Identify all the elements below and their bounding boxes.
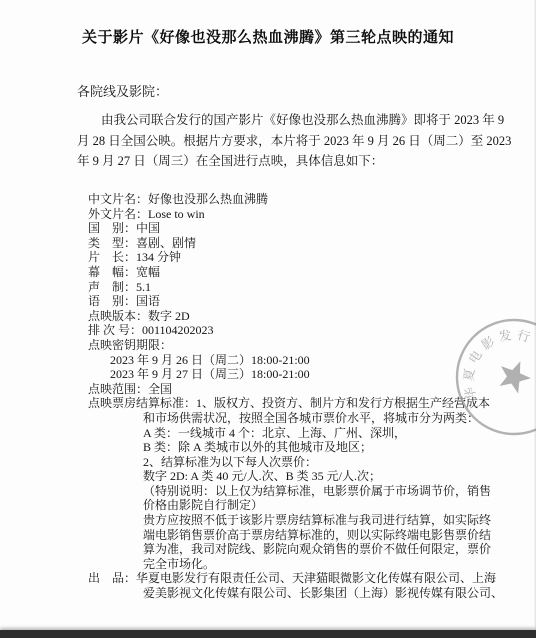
document-line: 国 别：中国 [88, 221, 503, 236]
document-line: 端电影销售票价高于票房结算标准的，则以实际终端电影售票价结 [143, 528, 503, 543]
document-line: 完全市场化。 [143, 557, 503, 572]
document-line: 2023 年 9 月 26 日（周二）18:00-21:00 [110, 353, 503, 368]
document-line: 点映票房结算标准：1、版权方、投资方、制片方和发行方根据生产经营成本 [88, 396, 503, 411]
document-line: 幕 幅：宽幅 [88, 265, 503, 280]
document-line: 价格由影院自行制定） [143, 498, 503, 513]
film-details-block: 中文片名：好像也没那么热血沸腾外文片名：Lose to win国 别：中国类 型… [77, 192, 503, 601]
document-line: 算为准，我司对院线、影院向观众销售的票价不做任何限定，票价 [143, 542, 503, 557]
scan-artifact-bar [0, 630, 536, 638]
document-line: 爱美影视文化传媒有限公司、长影集团（上海）影视传媒有限公司、 [143, 586, 503, 601]
document-line: 类 型：喜剧、剧情 [88, 236, 503, 251]
salutation: 各院线及影院： [77, 81, 168, 100]
document-line: 2、结算标准为以下每人次票价： [143, 455, 503, 470]
document-line: B 类：除 A 类城市以外的其他城市及地区； [143, 440, 503, 455]
document-line: 出 品：华夏电影发行有限责任公司、天津猫眼微影文化传媒有限公司、上海 [88, 571, 503, 586]
document-line: 月 28 日全国公映。根据片方要求，本片将于 2023 年 9 月 26 日（周… [77, 131, 476, 152]
document-line: 点映范围：全国 [88, 382, 503, 397]
document-line: 外文片名：Lose to win [88, 207, 503, 222]
document-line: 年 9 月 27 日（周三）在全国进行点映，具体信息如下： [77, 151, 476, 172]
document-line: 语 别：国语 [88, 294, 503, 309]
scanned-document-page: 关于影片《好像也没那么热血沸腾》第三轮点映的通知 各院线及影院： 由我公司联合发… [0, 0, 536, 638]
document-line: 声 制：5.1 [88, 280, 503, 295]
document-line: 2023 年 9 月 27 日（周三）18:00-21:00 [110, 367, 503, 382]
document-line: 由我公司联合发行的国产影片《好像也没那么热血沸腾》即将于 2023 年 9 [77, 110, 476, 131]
document-line: 点映密钥期限： [88, 338, 503, 353]
document-line: A 类：一线城市 4 个：北京、上海、广州、深圳， [143, 426, 503, 441]
document-line: 片 长：134 分钟 [88, 250, 503, 265]
document-line: 中文片名：好像也没那么热血沸腾 [88, 192, 503, 207]
document-line: 贵方应按照不低于该影片票房结算标准与我司进行结算，如实际终 [143, 513, 503, 528]
document-line: 和市场供需状况，按照全国各城市票价水平，将城市分为两类： [143, 411, 503, 426]
notice-title: 关于影片《好像也没那么热血沸腾》第三轮点映的通知 [0, 26, 536, 47]
intro-paragraph: 由我公司联合发行的国产影片《好像也没那么热血沸腾》即将于 2023 年 9月 2… [77, 110, 476, 172]
document-line: 点映版本：数字 2D [88, 309, 503, 324]
document-line: 排 次 号：001104202023 [88, 323, 503, 338]
document-line: 数字 2D: A 类 40 元/人.次、B 类 35 元/人.次； [143, 469, 503, 484]
document-line: （特别说明：以上仅为结算标准，电影票价属于市场调节价，销售 [143, 484, 503, 499]
